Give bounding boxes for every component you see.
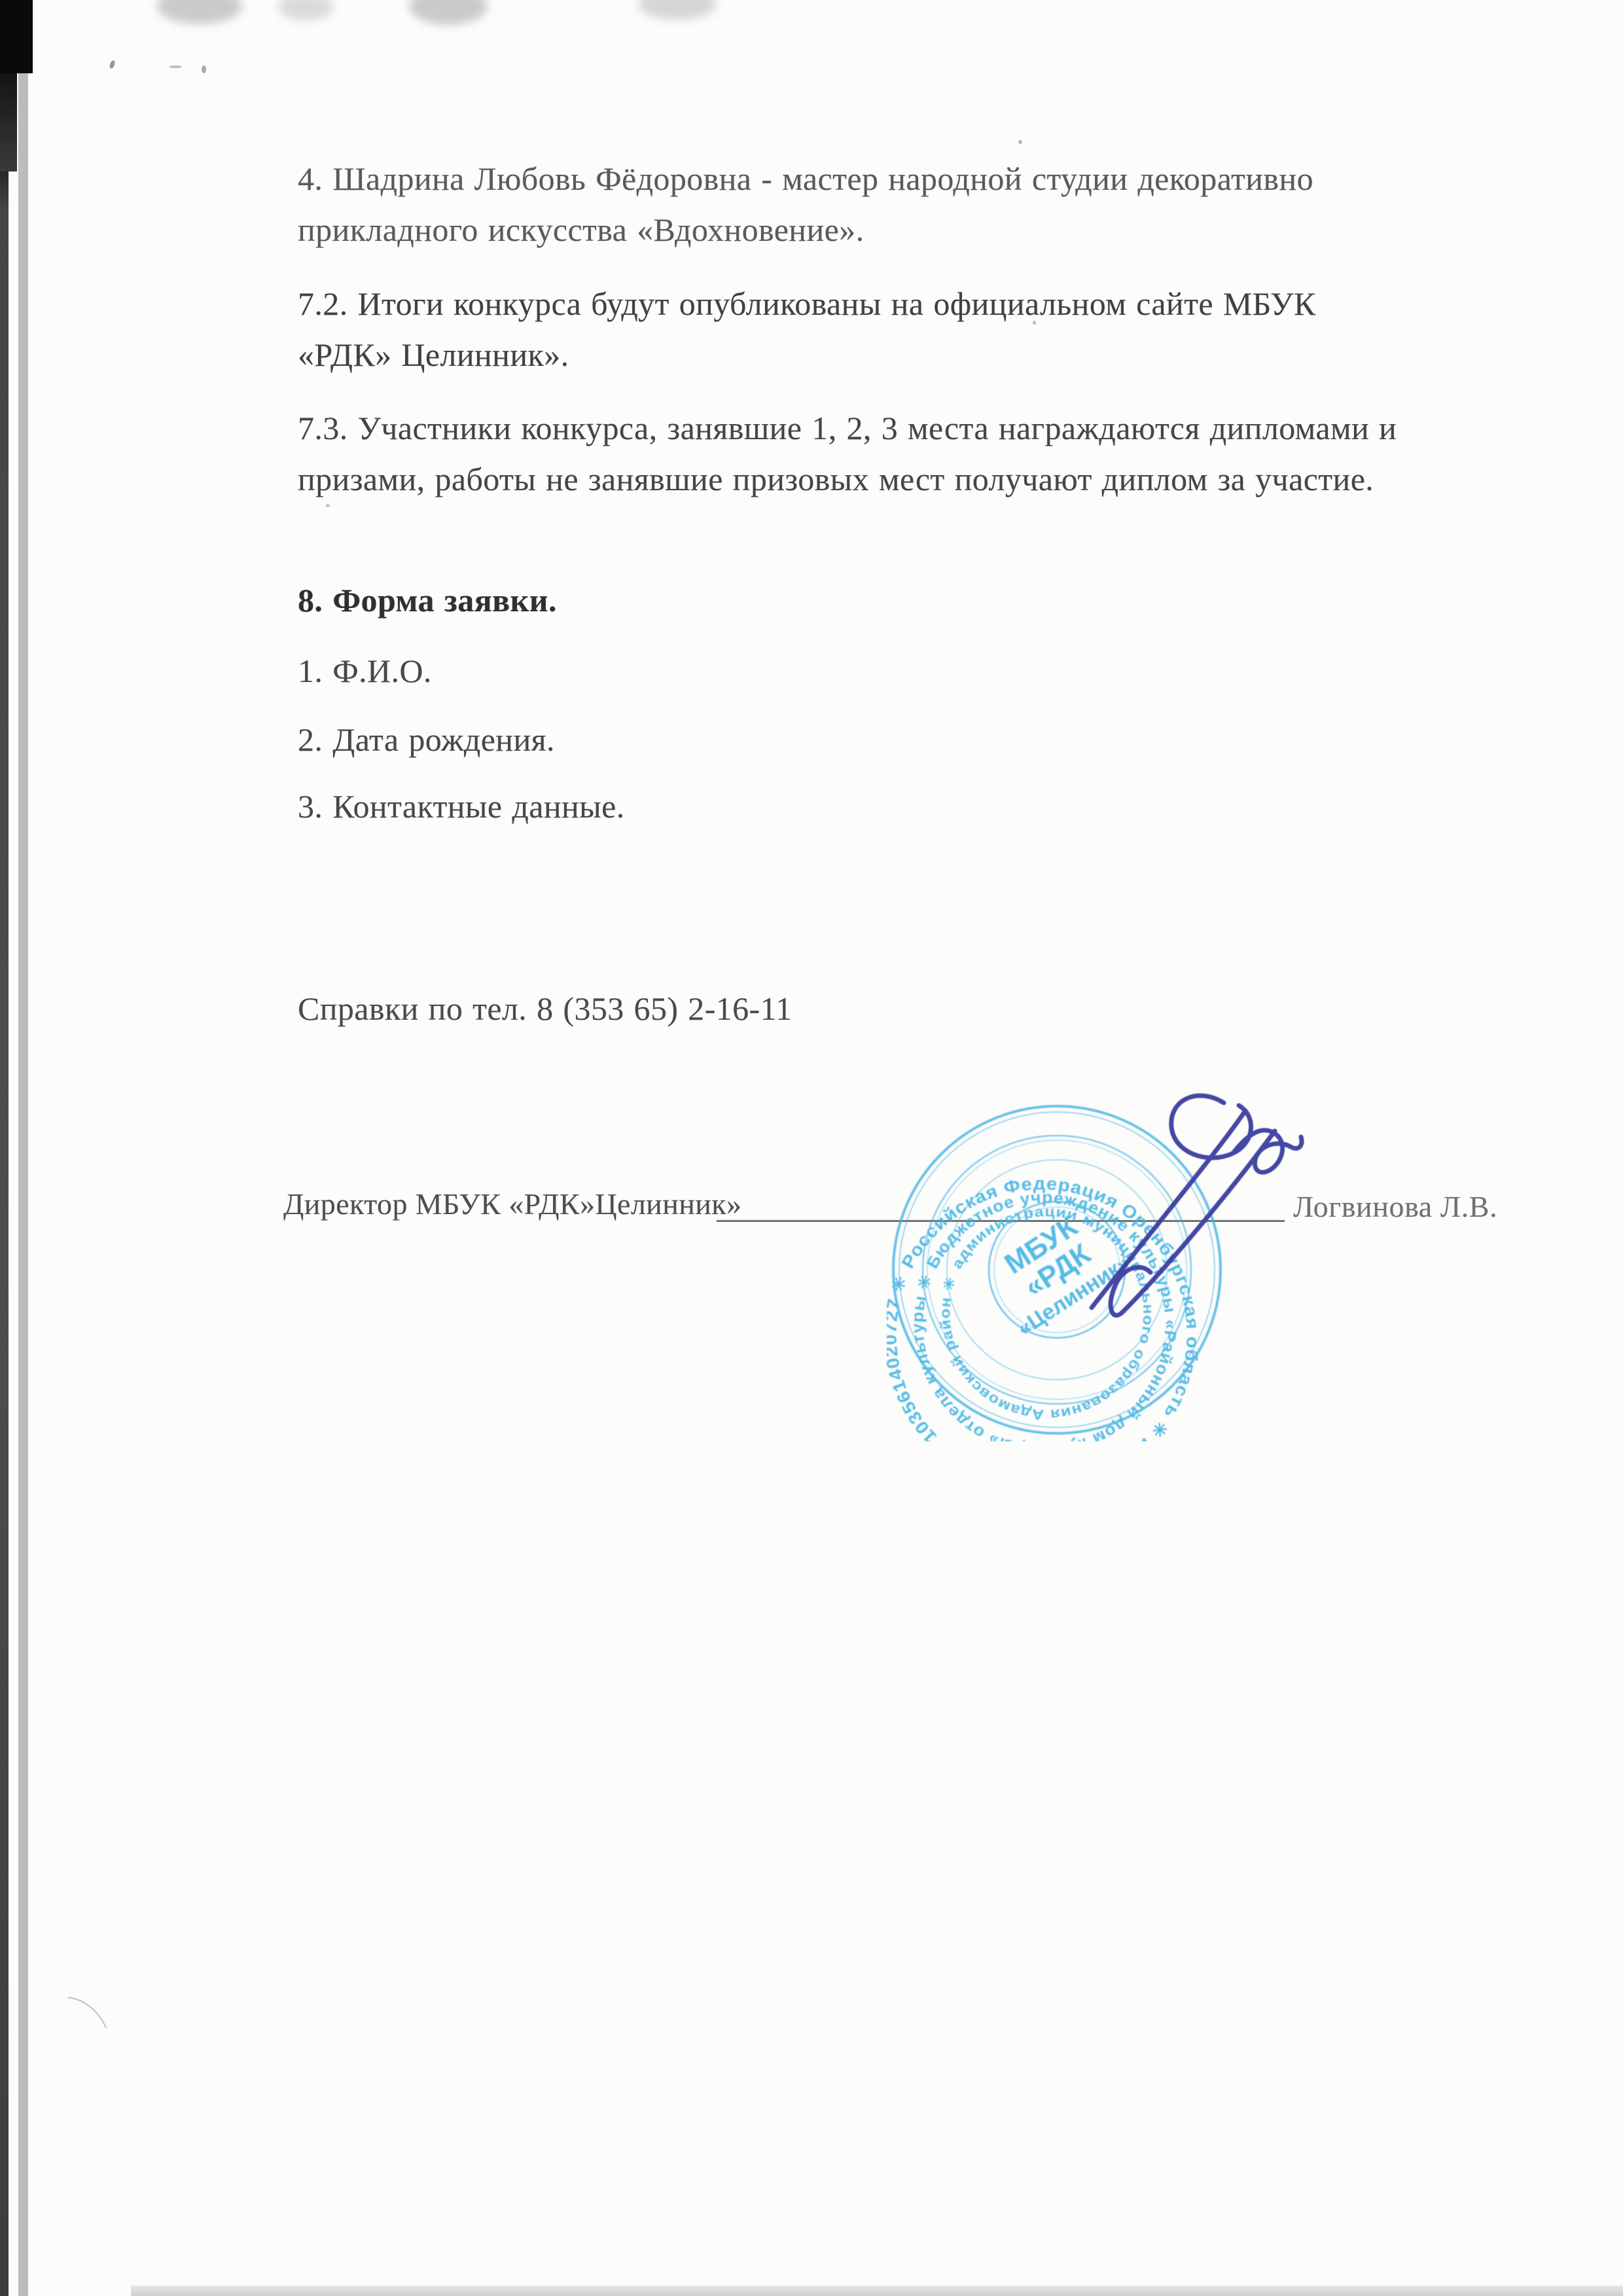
paragraph-7-3: 7.3. Участники конкурса, занявшие 1, 2, … bbox=[298, 403, 1397, 505]
signer-name: Логвинова Л.В. bbox=[1293, 1187, 1497, 1227]
scan-speck bbox=[1018, 140, 1022, 144]
scan-smudge bbox=[278, 0, 334, 21]
scan-speck bbox=[109, 60, 116, 69]
director-title: Директор МБУК «РДК»Целинник» bbox=[283, 1185, 741, 1224]
scan-corner-fade bbox=[0, 73, 17, 171]
section-8-heading: 8. Форма заявки. bbox=[298, 575, 557, 626]
paragraph-judge-4: 4. Шадрина Любовь Фёдоровна - мастер нар… bbox=[298, 153, 1313, 255]
scan-page-edge-shadow bbox=[18, 0, 28, 2296]
scan-corner-black bbox=[0, 0, 33, 73]
paragraph-7-2: 7.2. Итоги конкурса будут опубликованы н… bbox=[298, 278, 1316, 380]
scan-bottom-edge bbox=[131, 2286, 1623, 2296]
scan-speck bbox=[1033, 321, 1036, 325]
scan-speck bbox=[326, 504, 330, 507]
contact-phone-line: Справки по тел. 8 (353 65) 2-16-11 bbox=[298, 983, 793, 1034]
form-item-birthdate: 2. Дата рождения. bbox=[298, 714, 555, 765]
scan-speck bbox=[202, 65, 206, 73]
scan-left-edge-strip bbox=[0, 0, 9, 2296]
form-item-fio: 1. Ф.И.О. bbox=[298, 645, 432, 696]
scan-smudge bbox=[638, 0, 717, 20]
scanned-document-page: 4. Шадрина Любовь Фёдоровна - мастер нар… bbox=[0, 0, 1623, 2296]
handwritten-signature bbox=[1034, 1077, 1322, 1338]
scan-hairline-artifact bbox=[65, 1990, 124, 2036]
scan-smudge bbox=[409, 0, 488, 25]
scan-smudge bbox=[157, 0, 242, 24]
form-item-contacts: 3. Контактные данные. bbox=[298, 781, 625, 832]
scan-speck bbox=[169, 65, 182, 68]
